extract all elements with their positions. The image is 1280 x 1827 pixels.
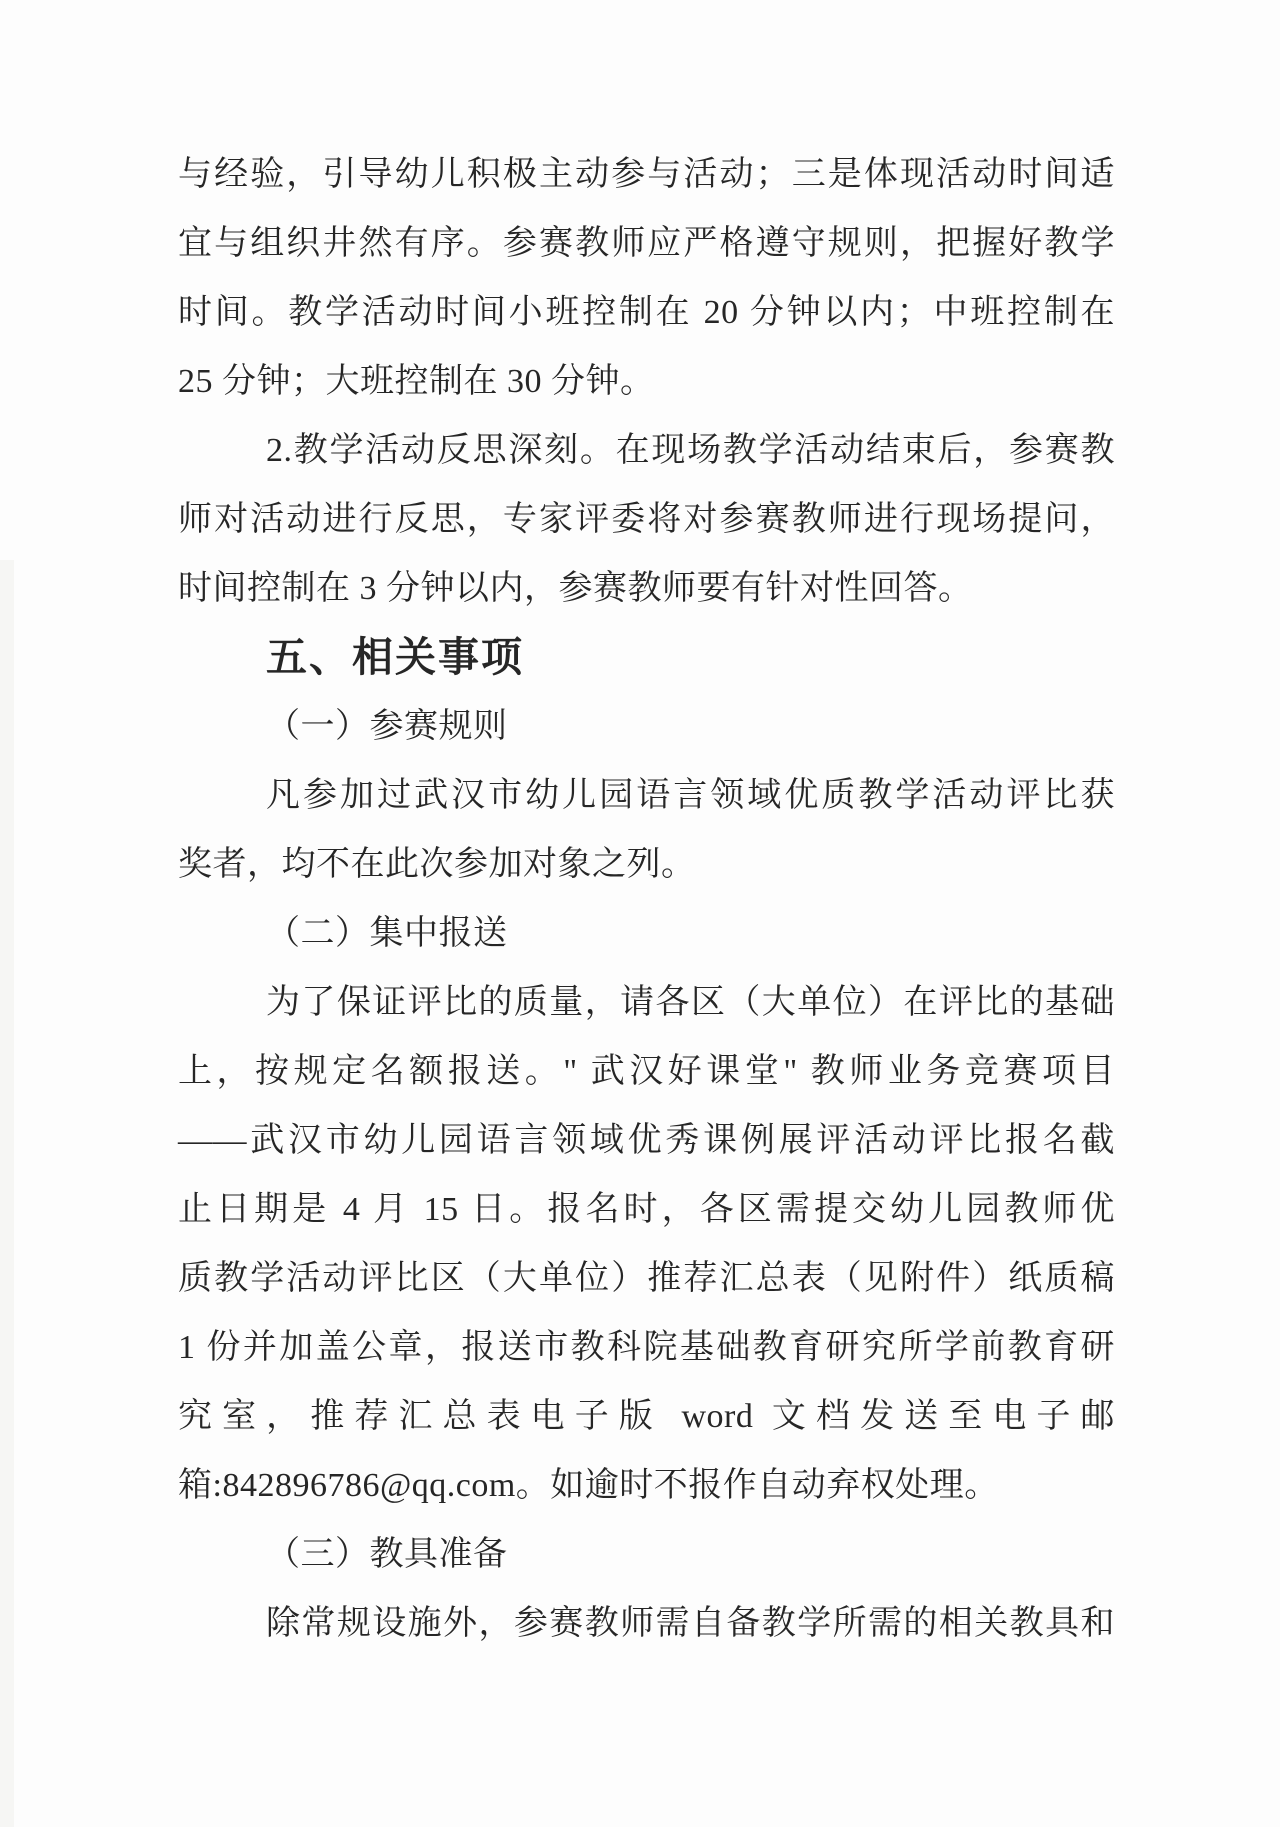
document-page: 与经验，引导幼儿积极主动参与活动；三是体现活动时间适 宜与组织井然有序。参赛教师… xyxy=(0,0,1280,1827)
text-block: 与经验，引导幼儿积极主动参与活动；三是体现活动时间适 宜与组织井然有序。参赛教师… xyxy=(178,140,1115,1658)
text-line: 与经验，引导幼儿积极主动参与活动；三是体现活动时间适 xyxy=(178,140,1115,209)
text-line: 时间控制在 3 分钟以内，参赛教师要有针对性回答。 xyxy=(178,554,1115,623)
text-line: 为了保证评比的质量，请各区（大单位）在评比的基础 xyxy=(178,968,1115,1037)
text-line: 2.教学活动反思深刻。在现场教学活动结束后，参赛教 xyxy=(178,416,1115,485)
text-line: 25 分钟；大班控制在 30 分钟。 xyxy=(178,347,1115,416)
text-line: 止日期是 4 月 15 日。报名时，各区需提交幼儿园教师优 xyxy=(178,1175,1115,1244)
text-line: 究室，推荐汇总表电子版 word 文档发送至电子邮 xyxy=(178,1382,1115,1451)
text-line: 凡参加过武汉市幼儿园语言领域优质教学活动评比获 xyxy=(178,761,1115,830)
text-line: 宜与组织井然有序。参赛教师应严格遵守规则，把握好教学 xyxy=(178,209,1115,278)
text-line: 师对活动进行反思，专家评委将对参赛教师进行现场提问， xyxy=(178,485,1115,554)
subsection-label: （一）参赛规则 xyxy=(178,692,1115,761)
text-line: 除常规设施外，参赛教师需自备教学所需的相关教具和 xyxy=(178,1589,1115,1658)
text-line-email: 箱:842896786@qq.com。如逾时不报作自动弃权处理。 xyxy=(178,1451,1115,1520)
section-heading: 五、相关事项 xyxy=(178,623,1115,692)
text-line: 1 份并加盖公章，报送市教科院基础教育研究所学前教育研 xyxy=(178,1313,1115,1382)
text-line: 奖者，均不在此次参加对象之列。 xyxy=(178,830,1115,899)
text-line: 上，按规定名额报送。" 武汉好课堂" 教师业务竞赛项目 xyxy=(178,1037,1115,1106)
text-line: ——武汉市幼儿园语言领域优秀课例展评活动评比报名截 xyxy=(178,1106,1115,1175)
text-line: 质教学活动评比区（大单位）推荐汇总表（见附件）纸质稿 xyxy=(178,1244,1115,1313)
scan-edge-artifact xyxy=(0,560,14,1827)
text-line: 时间。教学活动时间小班控制在 20 分钟以内；中班控制在 xyxy=(178,278,1115,347)
subsection-label: （三）教具准备 xyxy=(178,1520,1115,1589)
subsection-label: （二）集中报送 xyxy=(178,899,1115,968)
